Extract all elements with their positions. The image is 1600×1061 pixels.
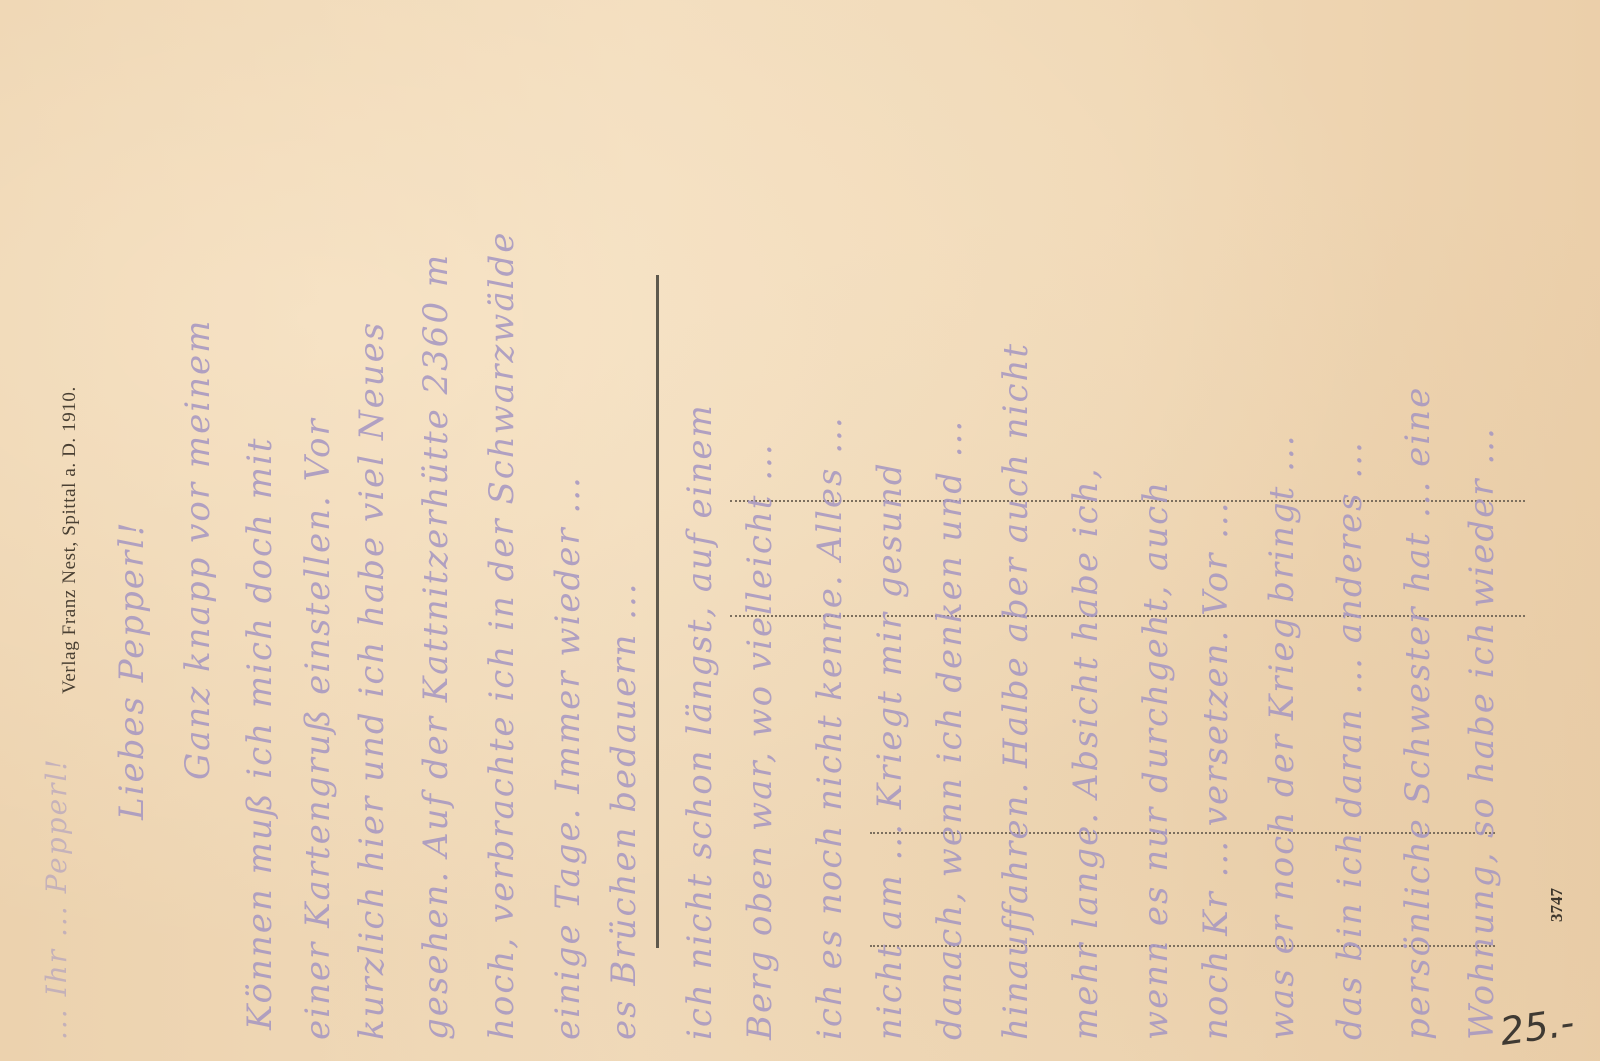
- card-number: 3747: [1547, 888, 1567, 922]
- handwriting-line: hoch, verbrachte ich in der Schwarzwälde: [482, 231, 522, 1040]
- handwriting-line: das bin ich daran ... anderes ...: [1330, 440, 1370, 1040]
- handwriting-line: was er noch der Krieg bringt ...: [1262, 433, 1302, 1040]
- message-address-divider: [656, 275, 659, 948]
- postcard-back: Verlag Franz Nest, Spittal a. D. 1910. 3…: [0, 0, 1600, 1061]
- handwriting-line: Liebes Pepperl!: [112, 520, 152, 820]
- handwriting-line: es Brüchen bedauern ...: [604, 581, 644, 1040]
- handwriting-line: ... Ihr ... Pepperl!: [40, 757, 73, 1040]
- handwriting-line: persönliche Schwester hat ... eine: [1398, 386, 1438, 1040]
- handwriting-line: nicht am ... Kriegt mir gesund: [870, 461, 910, 1040]
- handwriting-line: Können muß ich mich doch mit: [240, 437, 280, 1030]
- handwriting-line: noch Kr ... versetzen. Vor ...: [1196, 500, 1236, 1040]
- handwriting-line: kurzlich hier und ich habe viel Neues: [352, 321, 392, 1040]
- handwriting-line: einer Kartengruß einstellen. Vor: [298, 417, 338, 1040]
- handwriting-line: Wohnung, so habe ich wieder ...: [1462, 426, 1502, 1040]
- handwriting-line: Ganz knapp vor meinem: [178, 319, 218, 780]
- handwriting-line: einige Tage. Immer wieder ...: [548, 475, 588, 1040]
- handwriting-line: danach, wenn ich denken und ...: [930, 419, 970, 1040]
- handwriting-line: wenn es nur durchgeht, auch: [1136, 480, 1176, 1040]
- handwriting-line: mehr lange. Absicht habe ich,: [1066, 467, 1106, 1040]
- handwriting-line: hinauffahren. Halbe aber auch nicht: [996, 342, 1036, 1040]
- handwriting-line: gesehen. Auf der Kattnitzerhütte 2360 m: [416, 253, 456, 1040]
- pencil-price-annotation: 25.-: [1497, 1000, 1577, 1054]
- handwriting-line: ich es noch nicht kenne. Alles ...: [810, 415, 850, 1040]
- publisher-imprint: Verlag Franz Nest, Spittal a. D. 1910.: [59, 386, 81, 694]
- handwriting-line: ich nicht schon längst, auf einem: [680, 403, 720, 1040]
- handwriting-line: Berg oben war, wo vielleicht ...: [740, 442, 780, 1040]
